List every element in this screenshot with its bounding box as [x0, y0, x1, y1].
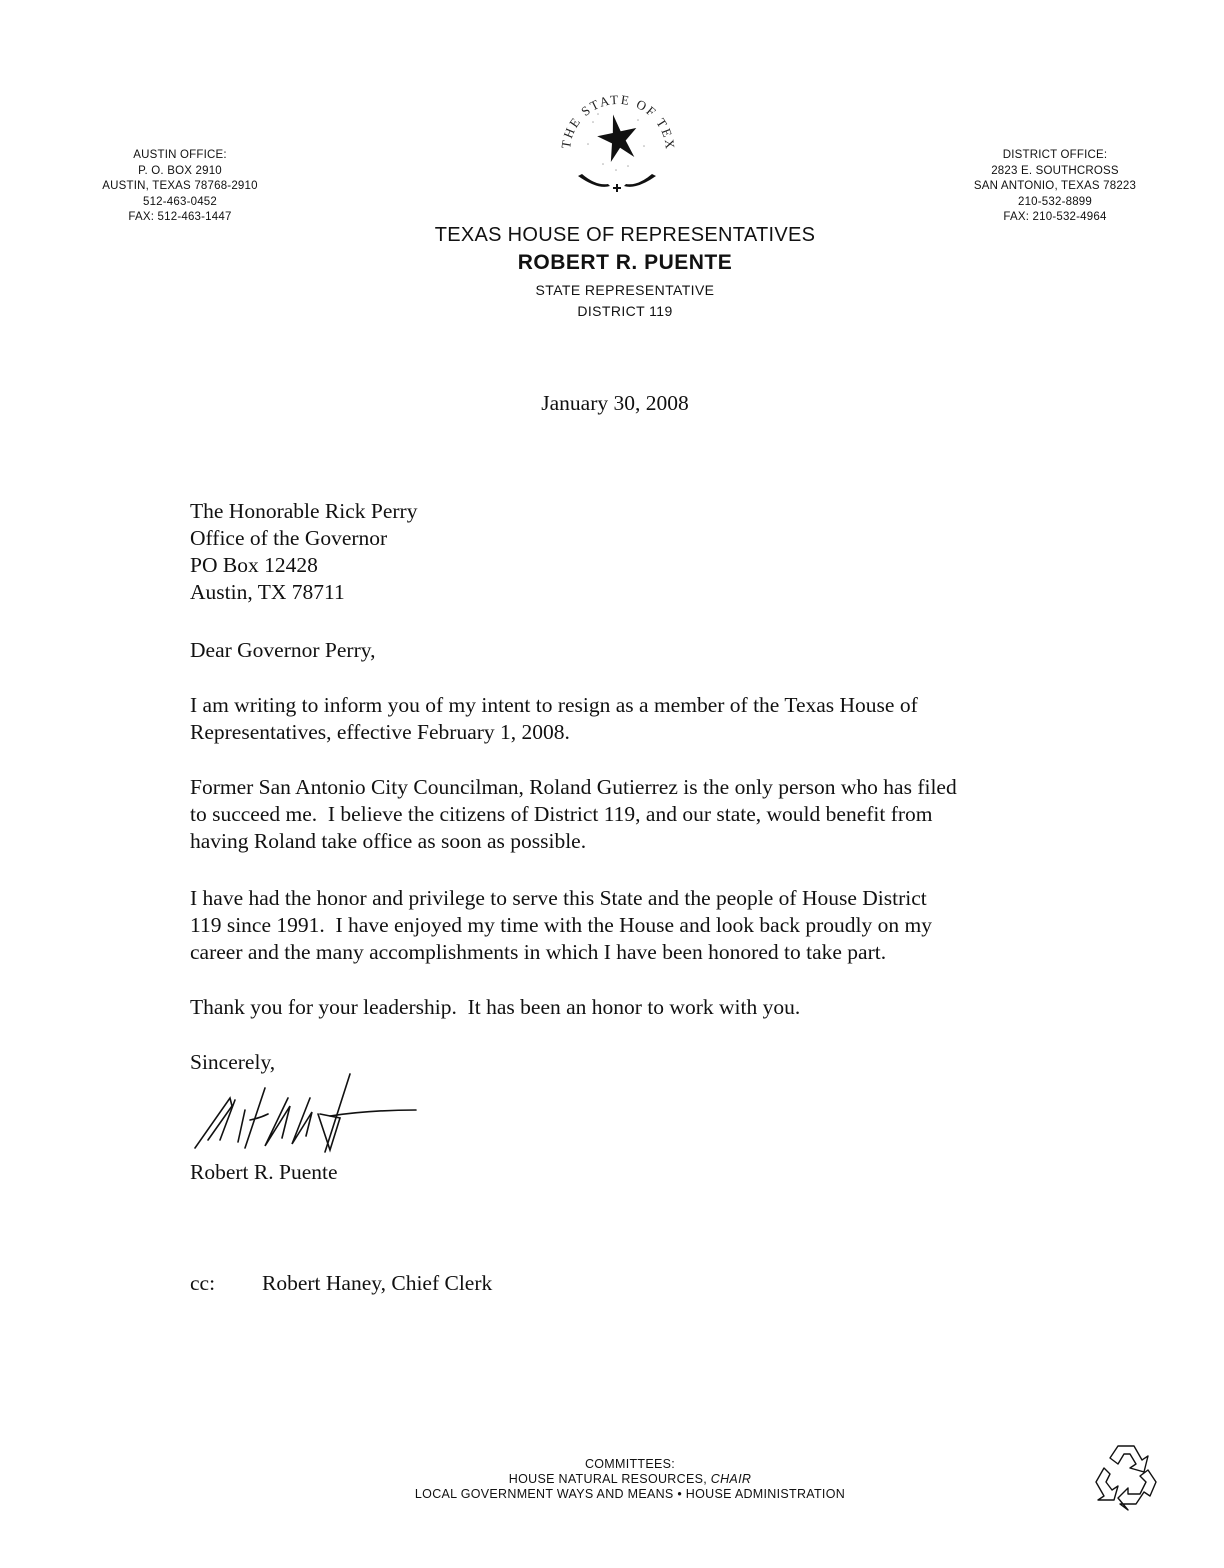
committee-name: HOUSE NATURAL RESOURCES, — [509, 1472, 711, 1486]
texas-state-seal-icon: THE STATE OF TEXAS — [548, 74, 684, 198]
district-office-line: 2823 E. SOUTHCROSS — [945, 164, 1165, 180]
committees-footer: COMMITTEES: HOUSE NATURAL RESOURCES, CHA… — [350, 1457, 910, 1502]
body-paragraph: Former San Antonio City Councilman, Rola… — [190, 774, 1050, 855]
austin-office-line: P. O. BOX 2910 — [80, 164, 280, 180]
recipient-address: The Honorable Rick Perry Office of the G… — [190, 498, 417, 606]
cc-line: cc:Robert Haney, Chief Clerk — [190, 1271, 492, 1296]
austin-office-fax: FAX: 512-463-1447 — [80, 210, 280, 226]
austin-office-phone: 512-463-0452 — [80, 195, 280, 211]
recycle-icon — [1090, 1440, 1162, 1512]
district-office-heading: DISTRICT OFFICE: — [945, 148, 1165, 164]
paragraph-line: having Roland take office as soon as pos… — [190, 828, 1050, 855]
paragraph-line: career and the many accomplishments in w… — [190, 939, 1050, 966]
paragraph-line: Former San Antonio City Councilman, Rola… — [190, 774, 1050, 801]
paragraph-line: I am writing to inform you of my intent … — [190, 692, 1050, 719]
committee-line: LOCAL GOVERNMENT WAYS AND MEANS • HOUSE … — [350, 1487, 910, 1502]
body-paragraph: I am writing to inform you of my intent … — [190, 692, 1050, 746]
letterhead-organization: TEXAS HOUSE OF REPRESENTATIVES — [300, 224, 950, 247]
recipient-line: Office of the Governor — [190, 525, 417, 552]
paragraph-line: Thank you for your leadership. It has be… — [190, 994, 1050, 1021]
district-office-phone: 210-532-8899 — [945, 195, 1165, 211]
district-office-fax: FAX: 210-532-4964 — [945, 210, 1165, 226]
body-paragraph: I have had the honor and privilege to se… — [190, 885, 1050, 966]
austin-office-address: AUSTIN OFFICE: P. O. BOX 2910 AUSTIN, TE… — [80, 148, 280, 226]
cc-recipient: Robert Haney, Chief Clerk — [262, 1271, 492, 1295]
paragraph-line: Representatives, effective February 1, 2… — [190, 719, 1050, 746]
recipient-line: PO Box 12428 — [190, 552, 417, 579]
letterhead-title: STATE REPRESENTATIVE — [300, 282, 950, 298]
district-office-address: DISTRICT OFFICE: 2823 E. SOUTHCROSS SAN … — [945, 148, 1165, 226]
recipient-line: The Honorable Rick Perry — [190, 498, 417, 525]
recipient-line: Austin, TX 78711 — [190, 579, 417, 606]
austin-office-line: AUSTIN, TEXAS 78768-2910 — [80, 179, 280, 195]
district-office-line: SAN ANTONIO, TEXAS 78223 — [945, 179, 1165, 195]
letterhead-district: DISTRICT 119 — [300, 303, 950, 319]
committee-line: HOUSE NATURAL RESOURCES, CHAIR — [350, 1472, 910, 1487]
paragraph-line: to succeed me. I believe the citizens of… — [190, 801, 1050, 828]
signer-name: Robert R. Puente — [190, 1159, 338, 1186]
paragraph-line: 119 since 1991. I have enjoyed my time w… — [190, 912, 1050, 939]
paragraph-line: I have had the honor and privilege to se… — [190, 885, 1050, 912]
letterhead-name: ROBERT R. PUENTE — [300, 251, 950, 275]
committees-heading: COMMITTEES: — [350, 1457, 910, 1472]
letter-date: January 30, 2008 — [530, 390, 700, 417]
cc-label: cc: — [190, 1271, 262, 1296]
salutation: Dear Governor Perry, — [190, 637, 375, 664]
austin-office-heading: AUSTIN OFFICE: — [80, 148, 280, 164]
committee-role: CHAIR — [711, 1472, 751, 1486]
body-paragraph: Thank you for your leadership. It has be… — [190, 994, 1050, 1021]
handwritten-signature-icon — [190, 1070, 430, 1160]
